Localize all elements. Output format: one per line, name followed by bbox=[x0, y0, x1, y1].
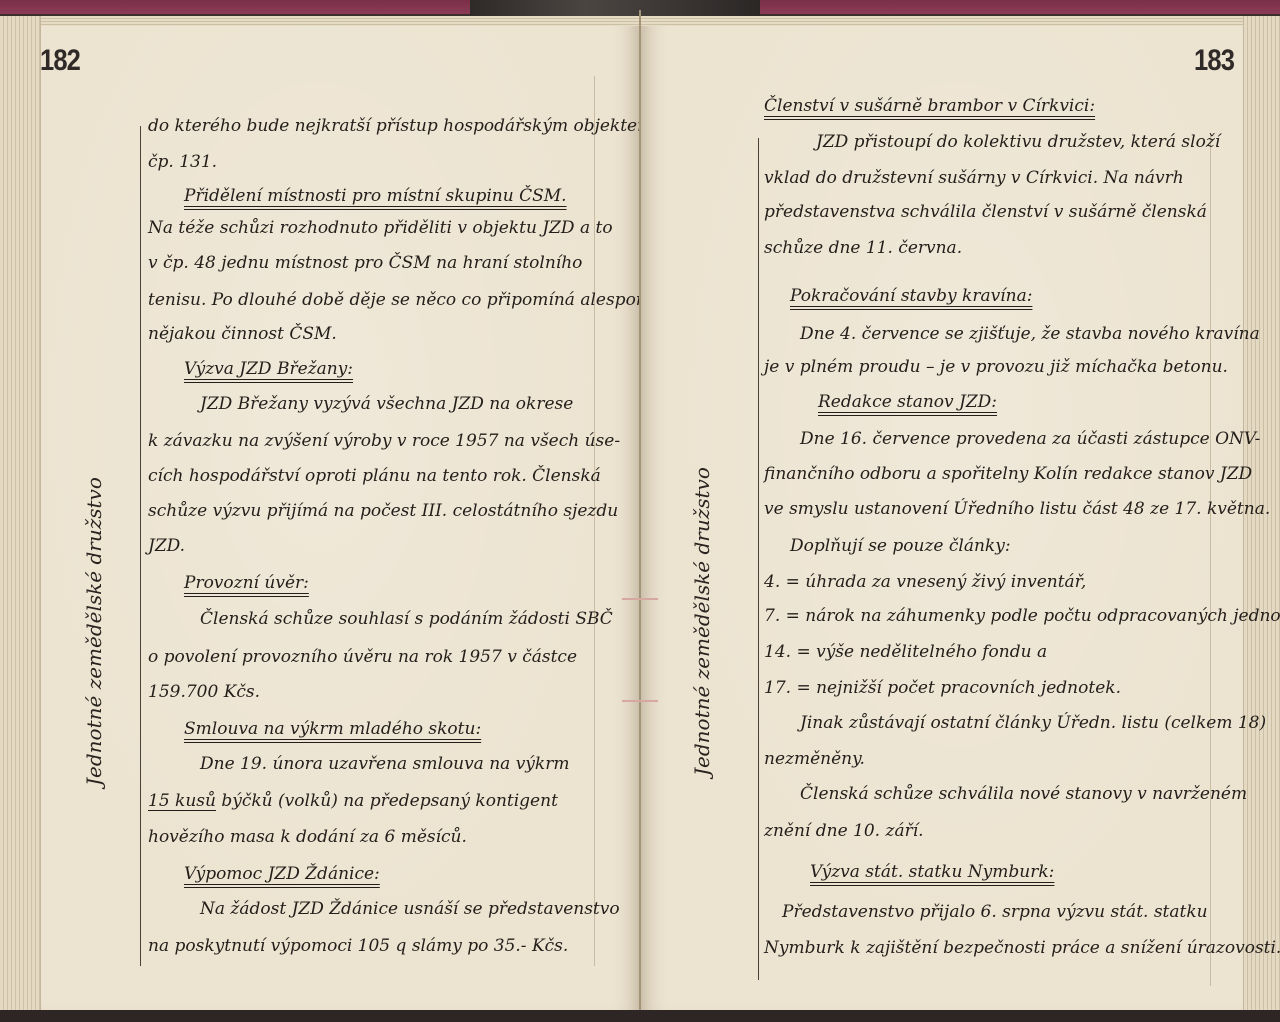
list-item: 17. = nejnižší počet pracovních jednotek… bbox=[764, 678, 1121, 698]
text-line: je v plném proudu – je v provozu již míc… bbox=[764, 357, 1228, 377]
text-line: Členská schůze schválila nové stanovy v … bbox=[800, 784, 1247, 804]
list-item: 4. = úhrada za vnesený živý inventář, bbox=[764, 572, 1086, 592]
book-cover-bottom-edge bbox=[0, 1010, 1280, 1022]
text-line: Jinak zůstávají ostatní články Úředn. li… bbox=[800, 713, 1266, 733]
text-line: ve smyslu ustanovení Úředního listu část… bbox=[764, 499, 1270, 519]
text-line: Dne 16. července provedena za účasti zás… bbox=[800, 429, 1260, 449]
text-line: JZD přistoupí do kolektivu družstev, kte… bbox=[816, 132, 1220, 152]
text-line: finančního odboru a spořitelny Kolín red… bbox=[764, 464, 1252, 484]
text-line: nezměněny. bbox=[764, 749, 865, 769]
binding-thread bbox=[622, 598, 658, 600]
section-heading: Pokračování stavby kravína: bbox=[790, 286, 1032, 306]
text-line: vklad do družstevní sušárny v Církvici. … bbox=[764, 168, 1184, 188]
section-heading: Členství v sušárně brambor v Církvici: bbox=[764, 96, 1095, 116]
binding-thread bbox=[622, 700, 658, 702]
text-line: Nymburk k zajištění bezpečnosti práce a … bbox=[764, 938, 1280, 958]
text-line: schůze dne 11. června. bbox=[764, 238, 962, 258]
section-heading: Výzva stát. statku Nymburk: bbox=[810, 862, 1054, 882]
text-line: znění dne 10. září. bbox=[764, 821, 924, 841]
text-line: Doplňují se pouze články: bbox=[790, 536, 1011, 556]
list-item: 7. = nárok na záhumenky podle počtu odpr… bbox=[764, 606, 1280, 626]
book-gutter bbox=[639, 10, 641, 1012]
text-line: Představenstvo přijalo 6. srpna výzvu st… bbox=[782, 902, 1208, 922]
list-item: 14. = výše nedělitelného fondu a bbox=[764, 642, 1047, 662]
right-page: 183 Jednotné zemědělské družstvo Členstv… bbox=[640, 16, 1280, 1012]
open-book-spread: 182 Jednotné zemědělské družstvo do kter… bbox=[0, 10, 1280, 1012]
text-line: Dne 4. července se zjišťuje, že stavba n… bbox=[800, 324, 1260, 344]
section-heading: Redakce stanov JZD: bbox=[818, 392, 997, 412]
text-line: představenstva schválila členství v sušá… bbox=[764, 202, 1207, 222]
